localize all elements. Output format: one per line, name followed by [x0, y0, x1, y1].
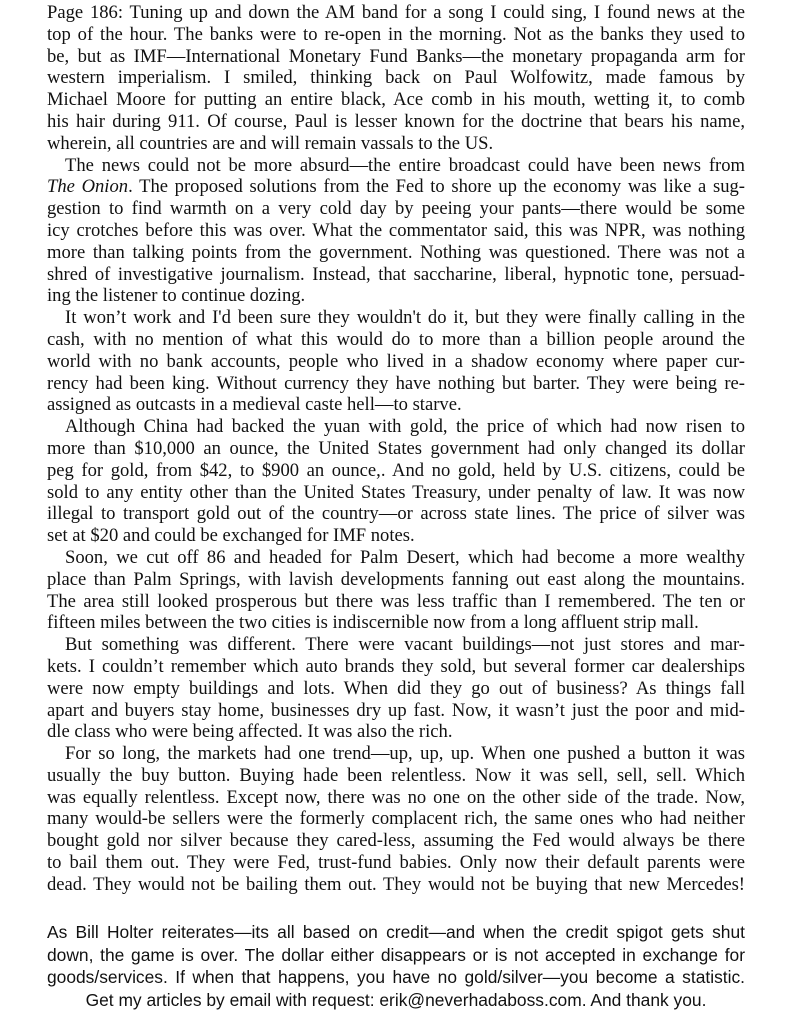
text-line: peg for gold, from $42, to $900 an ounce… — [47, 460, 745, 482]
paragraph: Although China had backed the yuan with … — [47, 416, 745, 547]
text-line: kets. I couldn’t remember which auto bra… — [47, 656, 745, 678]
text-line: But something was different. There were … — [47, 634, 745, 656]
text-line: The area still looked prosperous but the… — [47, 591, 745, 613]
text-line: western imperialism. I smiled, thinking … — [47, 67, 745, 89]
text-line: dead. They would not be bailing them out… — [47, 874, 745, 896]
text-line: Although China had backed the yuan with … — [47, 416, 745, 438]
paragraph: It won’t work and I'd been sure they wou… — [47, 307, 745, 416]
paragraph: But something was different. There were … — [47, 634, 745, 743]
book-excerpt: Page 186: Tuning up and down the AM band… — [47, 2, 745, 896]
publication-title: The Onion — [47, 176, 128, 197]
text-line: gestion to find warmth on a very cold da… — [47, 198, 745, 220]
text-line: For so long, the markets had one trend—u… — [47, 743, 745, 765]
text-line: ing the listener to continue dozing. — [47, 285, 745, 307]
paragraph: Soon, we cut off 86 and headed for Palm … — [47, 547, 745, 634]
text-line: shred of investigative journalism. Inste… — [47, 264, 745, 286]
text-line: assigned as outcasts in a medieval caste… — [47, 394, 745, 416]
text-line: usually the buy button. Buying hade been… — [47, 765, 745, 787]
text-line: many would-be sellers were the formerly … — [47, 808, 745, 830]
paragraph: For so long, the markets had one trend—u… — [47, 743, 745, 896]
text-line: more than $10,000 an ounce, the United S… — [47, 438, 745, 460]
text-line: were now empty buildings and lots. When … — [47, 678, 745, 700]
text-line: bought gold nor silver because they care… — [47, 830, 745, 852]
contact-email-link[interactable]: erik@neverhadaboss.com — [379, 990, 581, 1010]
text-line: sold to any entity other than the United… — [47, 482, 745, 504]
text-line: It won’t work and I'd been sure they wou… — [47, 307, 745, 329]
paragraph: The news could not be more absurd—the en… — [47, 155, 745, 308]
text-line: to bail them out. They were Fed, trust-f… — [47, 852, 745, 874]
text-line: top of the hour. The banks were to re-op… — [47, 24, 745, 46]
text-line: illegal to transport gold out of the cou… — [47, 503, 745, 525]
text-line: world with no bank accounts, people who … — [47, 351, 745, 373]
text-line: fifteen miles between the two cities is … — [47, 612, 745, 634]
text-line: cash, with no mention of what this would… — [47, 329, 745, 351]
text-line: wherein, all countries are and will rema… — [47, 133, 745, 155]
text-line: more than talking points from the govern… — [47, 242, 745, 264]
text-line: The news could not be more absurd—the en… — [47, 155, 745, 177]
contact-line: Get my articles by email with request: e… — [47, 989, 745, 1012]
footer-line: As Bill Holter reiterates—its all based … — [47, 921, 745, 944]
contact-suffix: . And thank you. — [582, 990, 707, 1010]
text-line: Michael Moore for putting an entire blac… — [47, 89, 745, 111]
footer-line: down, the game is over. The dollar eithe… — [47, 944, 745, 967]
footer-line: goods/services. If when that happens, yo… — [47, 966, 745, 989]
text-line: was equally relentless. Except now, ther… — [47, 787, 745, 809]
text-line: place than Palm Springs, with lavish dev… — [47, 569, 745, 591]
author-note: As Bill Holter reiterates—its all based … — [47, 921, 745, 1011]
text-line: set at $20 and could be exchanged for IM… — [47, 525, 745, 547]
paragraph: Page 186: Tuning up and down the AM band… — [47, 2, 745, 155]
text-line: The Onion. The proposed solutions from t… — [47, 176, 745, 198]
text-line: dle class who were being affected. It wa… — [47, 721, 745, 743]
text-line: his hair during 911. Of course, Paul is … — [47, 111, 745, 133]
text-line: rency had been king. Without currency th… — [47, 373, 745, 395]
text-line: be, but as IMF—International Monetary Fu… — [47, 46, 745, 68]
text-fragment: . The proposed solutions from the Fed to… — [128, 176, 745, 197]
contact-prefix: Get my articles by email with request: — [86, 990, 380, 1010]
text-line: apart and buyers stay home, businesses d… — [47, 700, 745, 722]
text-line: Soon, we cut off 86 and headed for Palm … — [47, 547, 745, 569]
text-line: Page 186: Tuning up and down the AM band… — [47, 2, 745, 24]
text-line: icy crotches before this was over. What … — [47, 220, 745, 242]
